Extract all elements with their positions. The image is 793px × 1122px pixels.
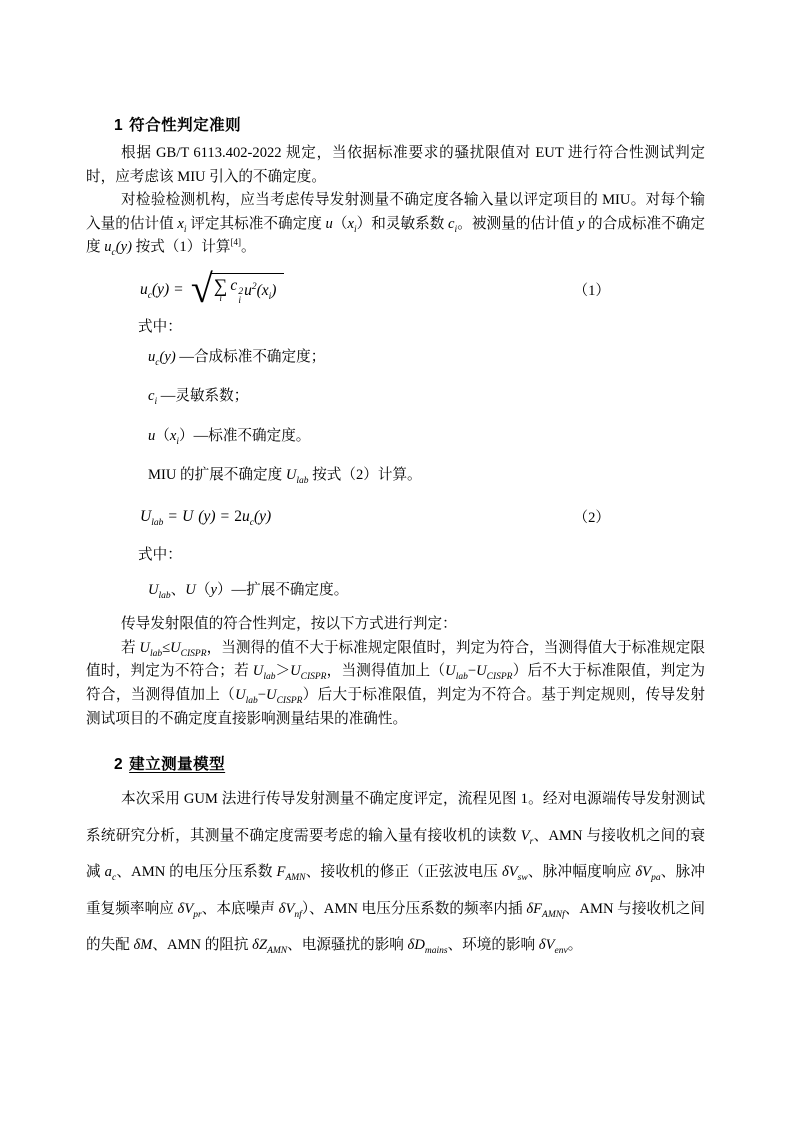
math-var: δZAMN xyxy=(252,937,287,953)
section2-heading: 2建立测量模型 xyxy=(114,755,705,775)
uy-term: U(y) xyxy=(182,508,215,526)
paragraph-inputs-miu: 对检验检测机构，应当考虑传导发射测量不确定度各输入量以评定项目的 MIU。对每个… xyxy=(86,189,705,260)
definition-uxi: u（xi）—标准不确定度。 xyxy=(148,425,705,449)
formula-2-row: Ulab = U(y) = 2uc(y) （2） xyxy=(86,502,705,532)
math-var: ac xyxy=(105,864,117,880)
formula-1-row: uc(y) = √ ∑i c2i u2(xi) （1） xyxy=(86,264,705,316)
where-label-1: 式中： xyxy=(138,316,705,340)
definition-ci: ci —灵敏系数； xyxy=(148,385,705,409)
formula-1: uc(y) = √ ∑i c2i u2(xi) xyxy=(140,270,284,310)
equals-sign: = xyxy=(174,281,183,299)
paragraph-judgement-rules: 若 Ulab≤UCISPR，当测得的值不大于标准规定限值时，判定为符合，当测得值… xyxy=(86,637,705,731)
math-var: xi xyxy=(347,216,356,232)
section1-heading: 1符合性判定准则 xyxy=(114,116,705,136)
uncertainty-term: u2(xi) xyxy=(244,282,276,300)
paragraph-gbt-rule: 根据 GB/T 6113.402-2022 规定，当依据标准要求的骚扰限值对 E… xyxy=(86,142,705,189)
sensitivity-term: c2i xyxy=(230,277,244,305)
math-var: y xyxy=(210,582,216,598)
section-1: 1符合性判定准则 根据 GB/T 6113.402-2022 规定，当依据标准要… xyxy=(86,116,705,731)
section2-heading-title: 建立测量模型 xyxy=(129,756,225,773)
math-var: δVpr xyxy=(178,901,202,917)
math-var: FAMN xyxy=(277,864,306,880)
square-root: √ ∑i c2i u2(xi) xyxy=(191,270,285,310)
math-var: xi xyxy=(170,428,179,444)
math-var: δVpa xyxy=(635,864,660,880)
math-var: UCISPR xyxy=(266,687,302,703)
citation-superscript: [4] xyxy=(230,238,241,248)
math-var: ci xyxy=(448,216,457,232)
equals-sign: = xyxy=(221,508,230,526)
equation-number-1: （1） xyxy=(574,279,611,300)
math-var: Ulab xyxy=(286,467,309,483)
math-var: UCISPR xyxy=(476,663,512,679)
math-var: u xyxy=(326,216,333,232)
formula-2: Ulab = U(y) = 2uc(y) xyxy=(140,508,271,526)
math-var: δDmains xyxy=(408,937,448,953)
ulab-term: Ulab xyxy=(140,508,163,526)
math-var: δFAMNf xyxy=(526,901,564,917)
math-var: δVnf xyxy=(279,901,302,917)
math-var: Ulab xyxy=(139,640,162,656)
section-2: 2建立测量模型 本次采用 GUM 法进行传导发射测量不确定度评定，流程见图 1。… xyxy=(86,755,705,964)
math-var: UCISPR xyxy=(170,640,206,656)
math-var: xi xyxy=(177,216,186,232)
math-var: ci xyxy=(148,388,157,404)
equals-sign: = xyxy=(168,508,177,526)
math-var: Ulab xyxy=(148,582,171,598)
math-var: Ulab xyxy=(445,663,468,679)
math-var: Ulab xyxy=(253,663,276,679)
math-var: Ulab xyxy=(235,687,258,703)
formula1-lhs: uc(y) xyxy=(140,281,169,299)
math-var: uc(y) xyxy=(148,349,176,365)
math-var: δM xyxy=(133,937,152,953)
math-var: u xyxy=(148,428,155,444)
radical-sign: √ xyxy=(191,269,213,309)
math-var: uc(y) xyxy=(104,239,132,255)
judgement-intro: 传导发射限值的符合性判定，按以下方式进行判定： xyxy=(86,613,705,637)
equation-number-2: （2） xyxy=(574,506,611,527)
two-uc-term: 2uc(y) xyxy=(234,508,271,526)
section2-heading-number: 2 xyxy=(114,756,123,773)
miu-expanded-uncertainty-line: MIU 的扩展不确定度 Ulab 按式（2）计算。 xyxy=(148,464,705,488)
definition-uc: uc(y) —合成标准不确定度； xyxy=(148,346,705,370)
paragraph-gum-model: 本次采用 GUM 法进行传导发射测量不确定度评定，流程见图 1。经对电源端传导发… xyxy=(86,781,705,964)
math-var: δVsw xyxy=(502,864,528,880)
math-var: y xyxy=(578,216,584,232)
definition-ulab-uy: Ulab、U（y）—扩展不确定度。 xyxy=(148,579,705,603)
section1-heading-number: 1 xyxy=(114,117,123,134)
math-var: Vr xyxy=(521,828,534,844)
math-var: UCISPR xyxy=(290,663,326,679)
math-var: δVenv xyxy=(539,937,568,953)
radicand: ∑i c2i u2(xi) xyxy=(211,273,285,306)
where-label-2: 式中： xyxy=(138,544,705,568)
section1-heading-title: 符合性判定准则 xyxy=(129,117,241,134)
summation-operator: ∑i xyxy=(214,278,228,304)
math-var: U xyxy=(185,582,196,598)
document-page: 1符合性判定准则 根据 GB/T 6113.402-2022 规定，当依据标准要… xyxy=(0,0,793,1122)
